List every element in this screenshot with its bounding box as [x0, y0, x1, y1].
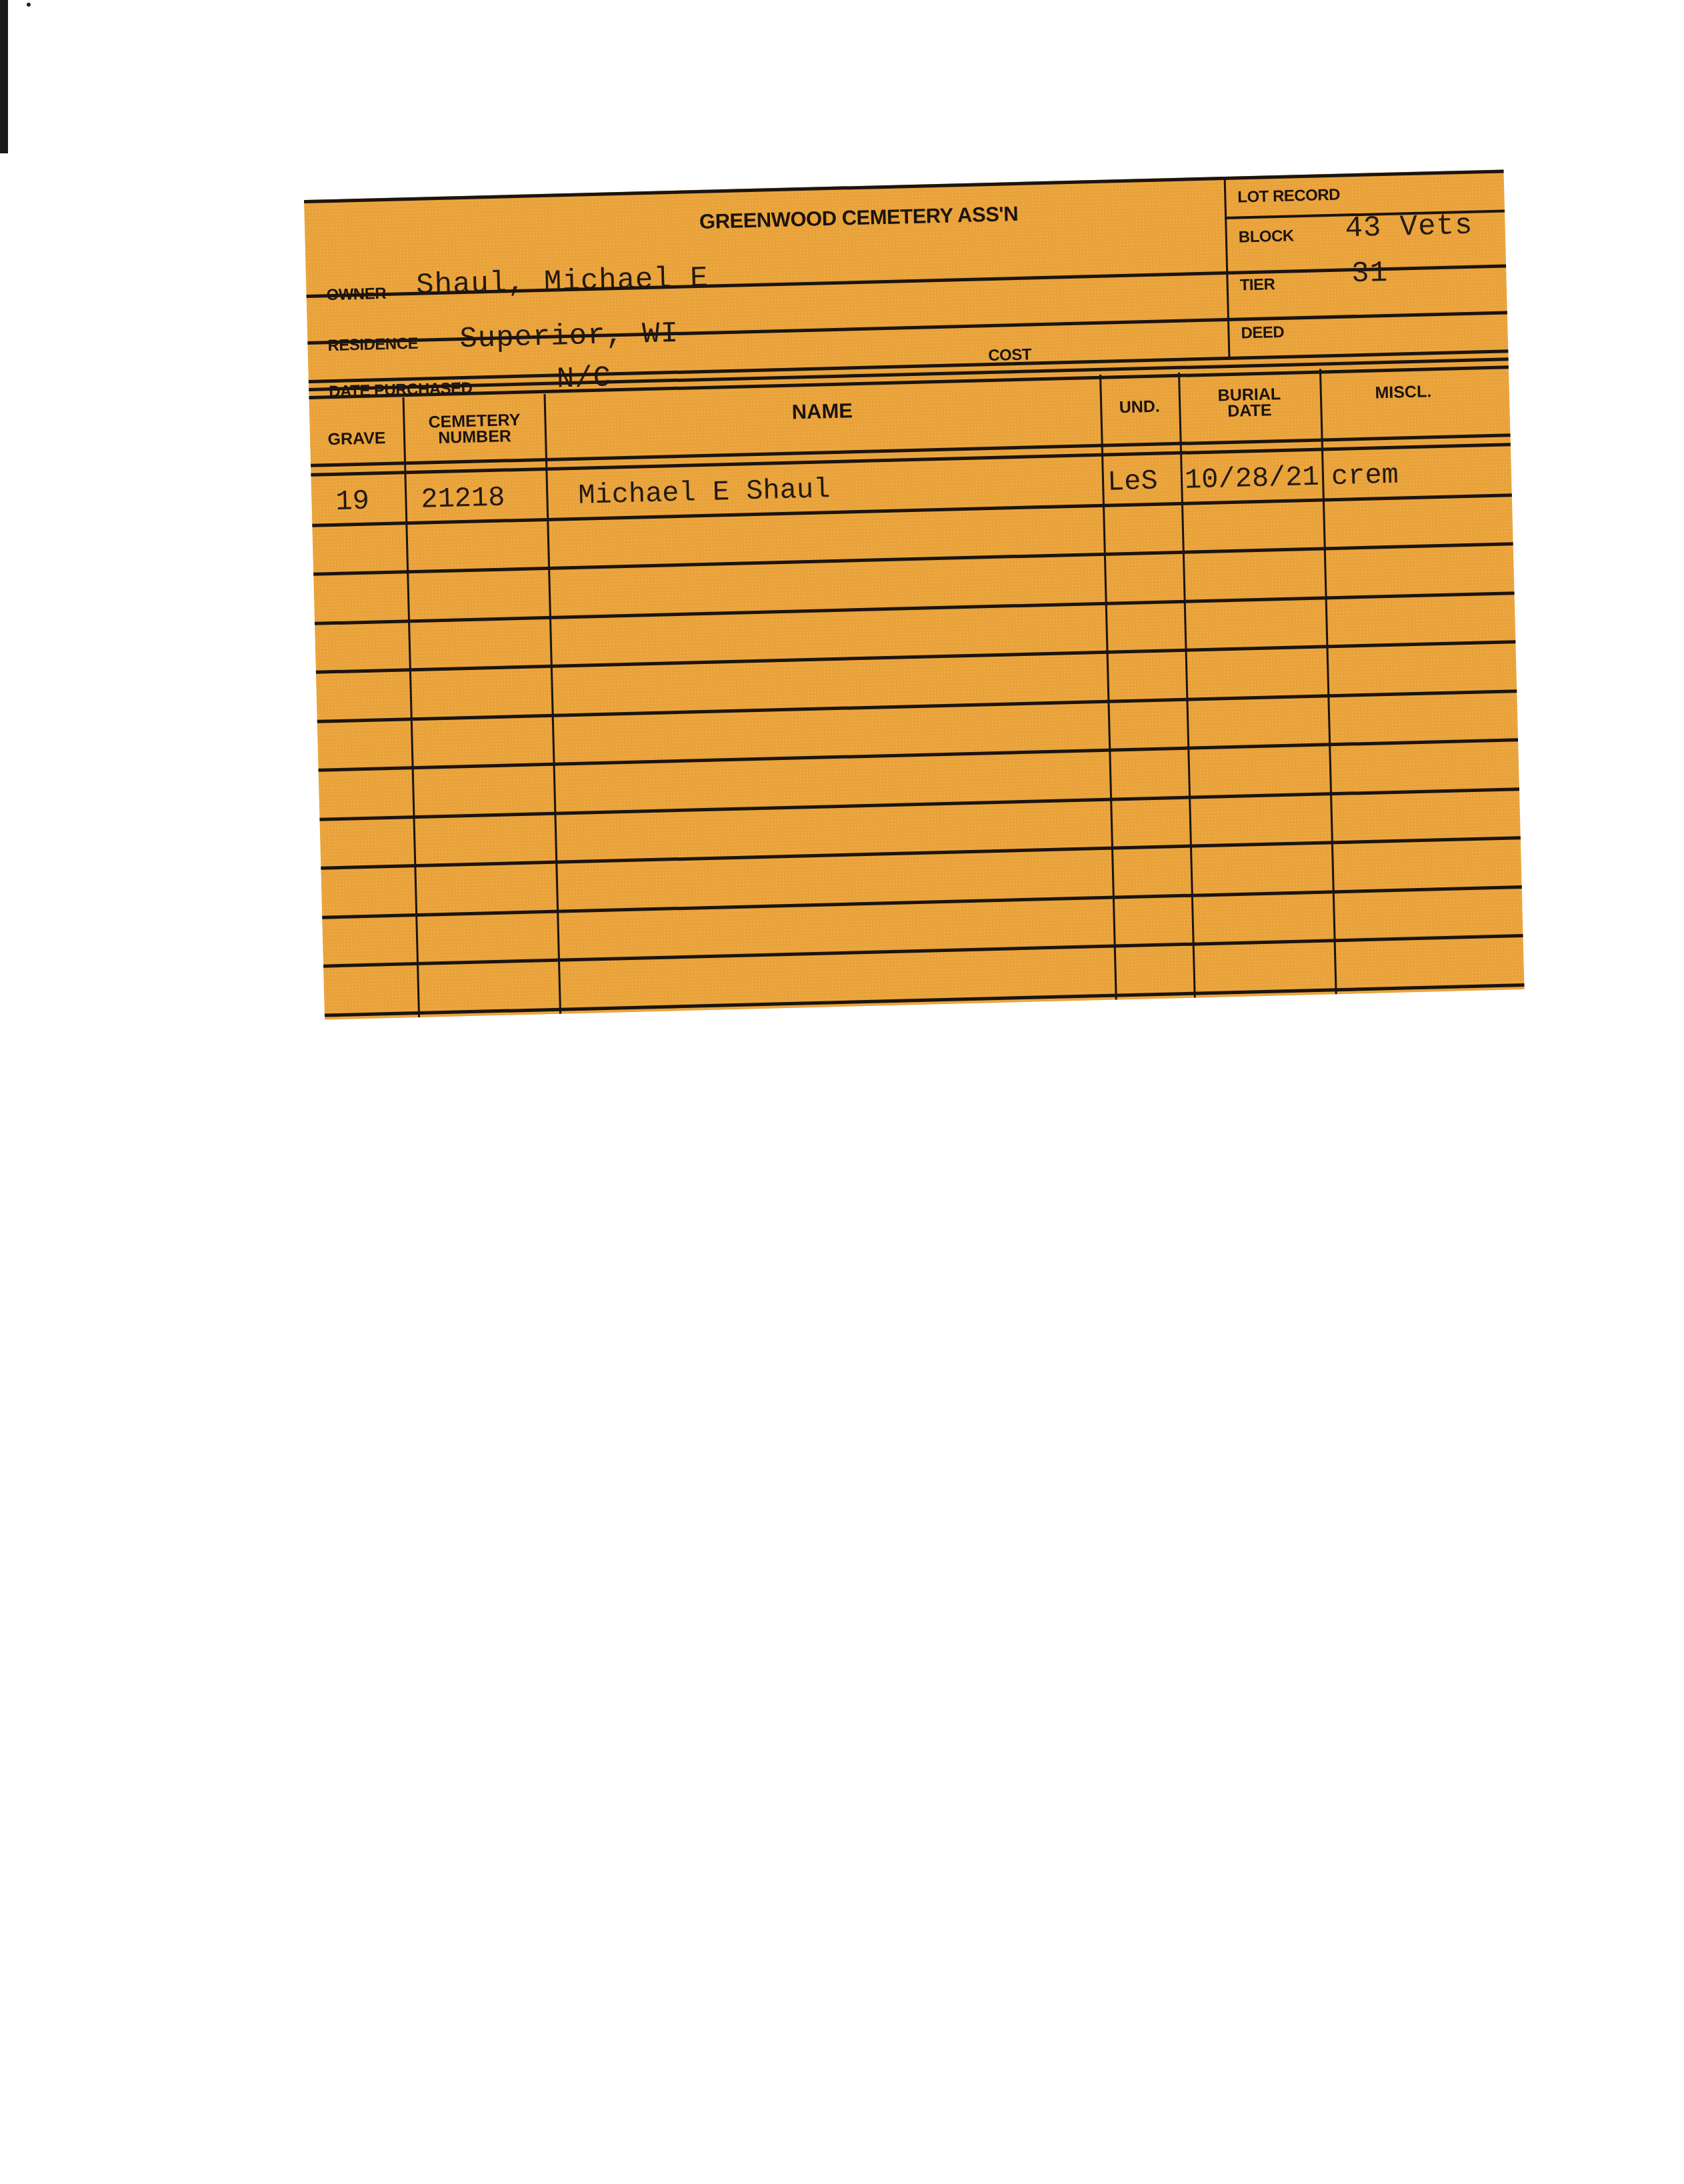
row-rule	[323, 934, 1523, 968]
row-rule	[322, 885, 1522, 919]
cell-und[interactable]: LeS	[1107, 465, 1158, 499]
row-rule	[317, 689, 1517, 723]
lot-record-card: GREENWOOD CEMETERY ASS'N LOT RECORD BLOC…	[304, 169, 1525, 1019]
cell-grave[interactable]: 19	[335, 485, 370, 518]
cell-miscl[interactable]: crem	[1331, 459, 1399, 493]
owner-value[interactable]: Shaul, Michael E	[416, 262, 709, 303]
row-rule	[315, 591, 1515, 625]
col-divider-cemetery-number	[543, 394, 561, 1014]
scan-speck	[27, 3, 31, 7]
tier-value[interactable]: 31	[1351, 257, 1389, 291]
header-cemetery-number: CEMETERY NUMBER	[424, 412, 525, 447]
header-burial-date: BURIAL DATE	[1203, 385, 1297, 420]
residence-label: RESIDENCE	[327, 335, 418, 355]
block-value[interactable]: 43 Vets	[1345, 209, 1473, 246]
block-label: BLOCK	[1239, 227, 1295, 247]
cell-burial-date[interactable]: 10/28/21	[1184, 461, 1319, 497]
row-rule	[319, 787, 1519, 821]
col-divider-grave	[403, 397, 421, 1017]
header-und: UND.	[1100, 398, 1179, 416]
row-rule	[319, 738, 1519, 772]
row-rule	[321, 836, 1521, 870]
tier-label: TIER	[1239, 275, 1275, 295]
row-rule	[313, 542, 1513, 576]
row-rule	[325, 983, 1525, 1017]
header-name: NAME	[544, 397, 1100, 427]
cell-cemetery-number[interactable]: 21218	[421, 482, 505, 516]
deed-label: DEED	[1241, 323, 1284, 343]
lot-record-label: LOT RECORD	[1237, 186, 1340, 207]
row-rule	[316, 640, 1516, 674]
cell-name[interactable]: Michael E Shaul	[578, 473, 831, 512]
lot-record-divider	[1224, 177, 1231, 357]
header-grave: GRAVE	[310, 429, 404, 448]
card-title: GREENWOOD CEMETERY ASS'N	[699, 202, 1019, 234]
scanner-edge	[0, 0, 8, 153]
header-miscl: MISCL.	[1320, 382, 1487, 402]
